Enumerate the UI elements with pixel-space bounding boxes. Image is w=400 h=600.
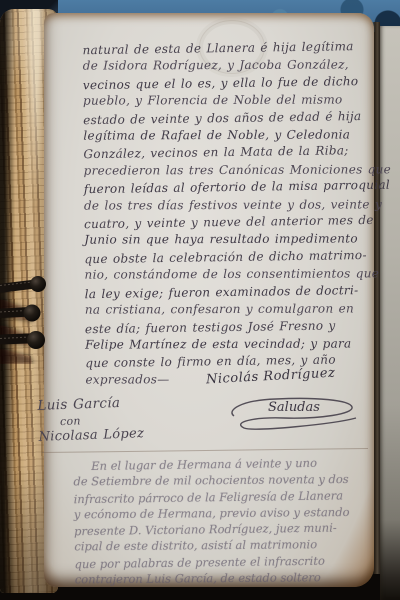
margin-groom-name: Luis García (37, 394, 143, 414)
handwritten-entry-second: En el lugar de Hermana á veinte y uno de… (73, 454, 389, 589)
handwritten-line: de Setiembre de mil ochocientos noventa … (73, 471, 387, 490)
handwritten-line: cipal de este distrito, asistí al matrim… (74, 536, 388, 555)
handwritten-entry-first: natural de esta de Llanera é hija legíti… (82, 39, 381, 390)
rubric-text: Saludas (268, 400, 320, 415)
margin-note-couple-names: Luis García con Nicolasa López (37, 394, 144, 445)
handwritten-line: contrajeron Luis García, de estado solte… (75, 569, 389, 588)
clip-rod-top (0, 276, 46, 294)
photo-of-open-manuscript-book: natural de esta de Llanera é hija legíti… (0, 0, 400, 600)
handwritten-line: na cristiana, confesaron y comulgaron en (85, 300, 381, 319)
signature-rubric-flourish: Saludas (224, 388, 360, 434)
black-binding-clips (0, 272, 64, 364)
handwritten-line: y ecónomo de Hermana, previo aviso y est… (74, 504, 388, 523)
